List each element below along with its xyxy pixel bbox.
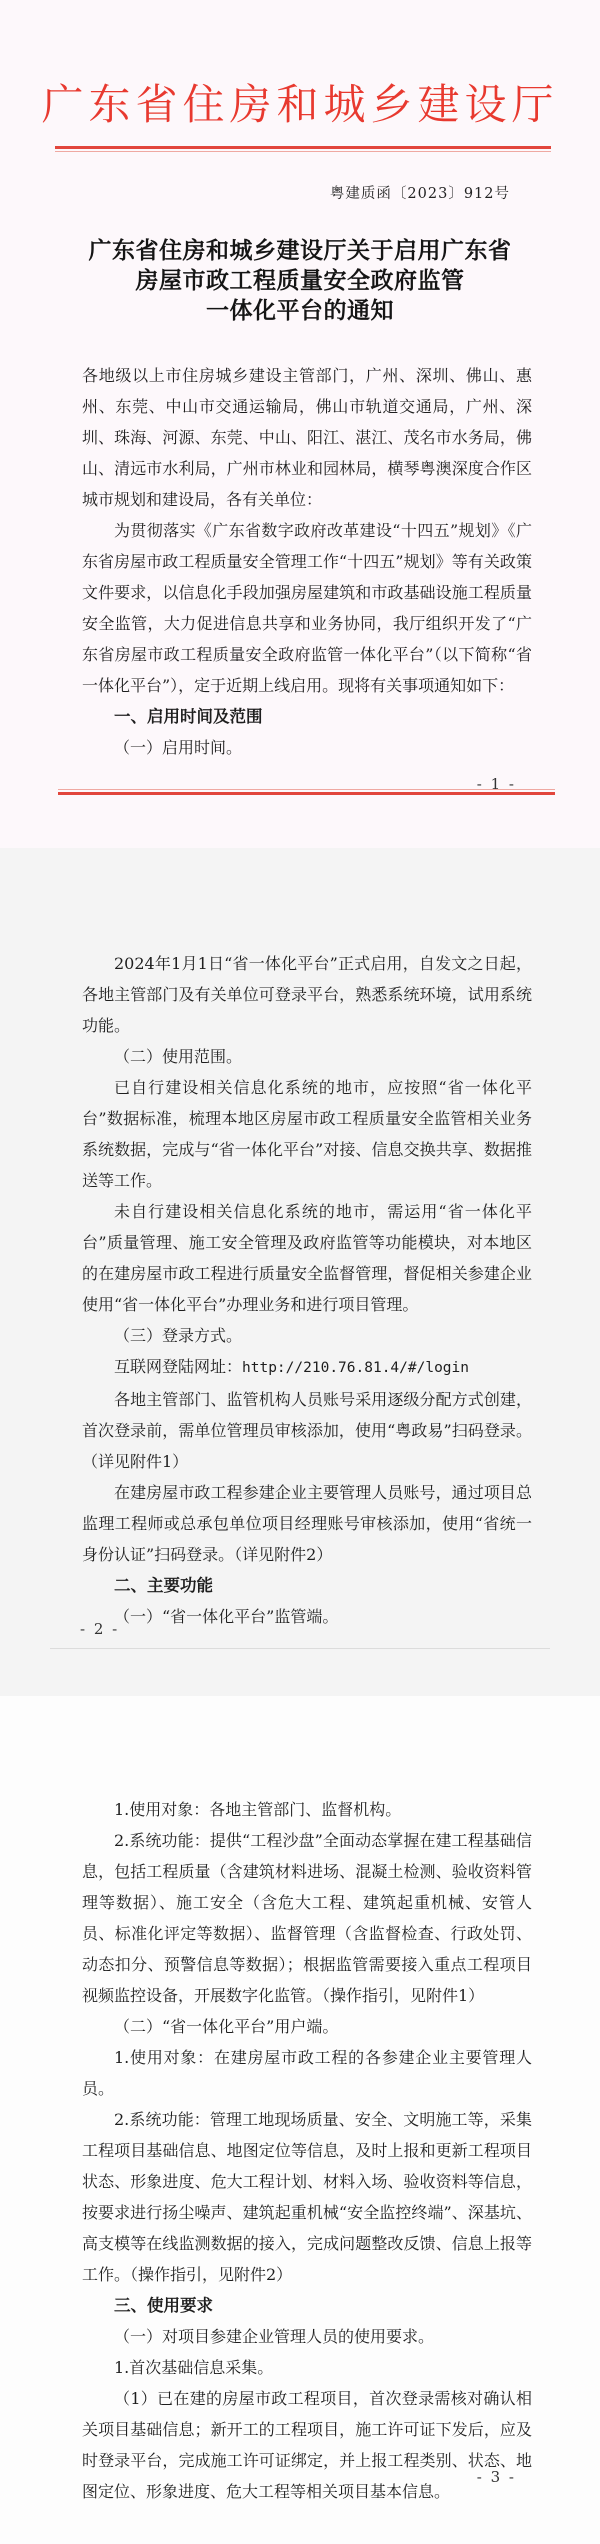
initial-collection-paragraph: （1）已在建的房屋市政工程项目，首次登录需核对确认相关项目基础信息；新开工的工程… [82, 2383, 532, 2507]
item-heading-initial-collection: 1.首次基础信息采集。 [82, 2352, 532, 2383]
subsection-heading-user-end: （二）“省一体化平台”用户端。 [82, 2011, 532, 2042]
document-page-1: 广东省住房和城乡建设厅 粤建质函〔2023〕912号 广东省住房和城乡建设厅关于… [0, 0, 600, 848]
document-title: 广东省住房和城乡建设厅关于启用广东省 房屋市政工程质量安全政府监管 一体化平台的… [0, 236, 600, 326]
subsection-heading-requirements: （一）对项目参建企业管理人员的使用要求。 [82, 2321, 532, 2352]
title-line-3: 一体化平台的通知 [0, 296, 600, 326]
document-page-3: 1.使用对象：各地主管部门、监督机构。 2.系统功能：提供“工程沙盘”全面动态掌… [0, 1696, 600, 2544]
page-number: - 3 - [477, 2468, 516, 2486]
footer-rule [50, 1648, 550, 1649]
addressee-paragraph: 各地级以上市住房城乡建设主管部门，广州、深圳、佛山、惠州、东莞、中山市交通运输局… [82, 360, 532, 515]
user-end-users-item: 1.使用对象：在建房屋市政工程的各参建企业主要管理人员。 [82, 2042, 532, 2104]
scope-paragraph-2: 未自行建设相关信息化系统的地市，需运用“省一体化平台”质量管理、施工安全管理及政… [82, 1196, 532, 1320]
masthead-red-rule-thin [55, 151, 551, 152]
login-url-line: 互联网登陆网址：http://210.76.81.4/#/login [82, 1351, 532, 1384]
footer-red-rule [58, 792, 555, 795]
login-paragraph-1: 各地主管部门、监管机构人员账号采用逐级分配方式创建，首次登录前，需单位管理员审核… [82, 1384, 532, 1477]
subsection-heading-launch-time: （一）启用时间。 [82, 732, 532, 763]
title-line-2: 房屋市政工程质量安全政府监管 [0, 266, 600, 296]
footer-red-rule-thin [58, 789, 555, 790]
page2-body: 2024年1月1日“省一体化平台”正式启用，自发文之日起，各地主管部门及有关单位… [82, 948, 532, 1632]
section-heading-2: 二、主要功能 [82, 1570, 532, 1601]
masthead-red-rule [55, 146, 551, 149]
title-line-1: 广东省住房和城乡建设厅关于启用广东省 [0, 236, 600, 266]
regulator-users-item: 1.使用对象：各地主管部门、监督机构。 [82, 1794, 532, 1825]
issuer-masthead: 广东省住房和城乡建设厅 [0, 80, 600, 130]
page-number: - 1 - [477, 775, 516, 793]
regulator-functions-item: 2.系统功能：提供“工程沙盘”全面动态掌握在建工程基础信息，包括工程质量（含建筑… [82, 1825, 532, 2011]
scope-paragraph-1: 已自行建设相关信息化系统的地市，应按照“省一体化平台”数据标准，梳理本地区房屋市… [82, 1072, 532, 1196]
subsection-heading-login: （三）登录方式。 [82, 1320, 532, 1351]
page1-body: 各地级以上市住房城乡建设主管部门，广州、深圳、佛山、惠州、东莞、中山市交通运输局… [82, 360, 532, 763]
subsection-heading-regulator-end: （一）“省一体化平台”监管端。 [82, 1601, 532, 1632]
user-end-functions-item: 2.系统功能：管理工地现场质量、安全、文明施工等，采集工程项目基础信息、地图定位… [82, 2104, 532, 2290]
page-number: - 2 - [80, 1620, 119, 1638]
document-number: 粤建质函〔2023〕912号 [330, 182, 510, 203]
intro-paragraph: 为贯彻落实《广东省数字政府改革建设“十四五”规划》《广东省房屋市政工程质量安全管… [82, 515, 532, 701]
page3-body: 1.使用对象：各地主管部门、监督机构。 2.系统功能：提供“工程沙盘”全面动态掌… [82, 1794, 532, 2507]
login-paragraph-2: 在建房屋市政工程参建企业主要管理人员账号，通过项目总监理工程师或总承包单位项目经… [82, 1477, 532, 1570]
section-heading-1: 一、启用时间及范围 [82, 701, 532, 732]
launch-date-paragraph: 2024年1月1日“省一体化平台”正式启用，自发文之日起，各地主管部门及有关单位… [82, 948, 532, 1041]
document-page-2: 2024年1月1日“省一体化平台”正式启用，自发文之日起，各地主管部门及有关单位… [0, 848, 600, 1696]
subsection-heading-scope: （二）使用范围。 [82, 1041, 532, 1072]
login-url-link[interactable]: http://210.76.81.4/#/login [242, 1360, 469, 1376]
section-heading-3: 三、使用要求 [82, 2290, 532, 2321]
login-url-label: 互联网登陆网址： [114, 1357, 242, 1376]
